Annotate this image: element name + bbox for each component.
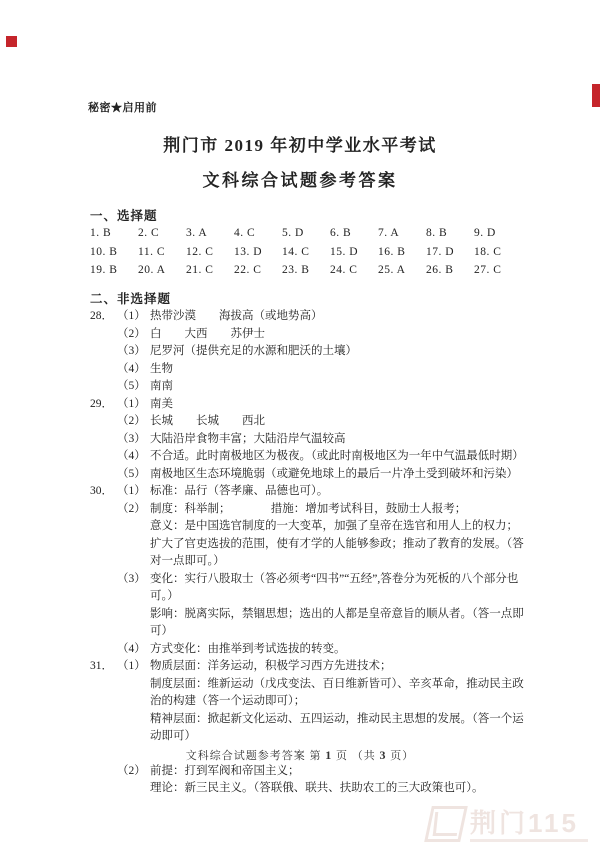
part-label: （2） (117, 413, 150, 431)
answer-text: 南美 (150, 396, 528, 414)
part-label: （4） (117, 448, 150, 466)
part-label: （1） (117, 658, 150, 676)
choice-answer: 16. B (378, 243, 426, 262)
answer-row: （5）南南 (90, 378, 528, 396)
section-nonchoice-heading: 二、非选择题 (90, 289, 171, 307)
footer-total-number: 3 (380, 748, 387, 762)
choice-answers-grid: 1. B2. C3. A4. C5. D6. B7. A8. B9. D10. … (90, 224, 522, 280)
part-label: （5） (117, 378, 150, 396)
answer-row: 30．（1）标准：品行（答孝廉、品德也可）。 (90, 483, 528, 501)
footer-total-post: 页） (390, 750, 414, 762)
question-number: 30． (90, 483, 117, 501)
answer-row: 28．（1）热带沙漠 海拔高（或地势高） (90, 308, 528, 326)
answer-line: 理论：新三民主义。（答联俄、联共、扶助农工的三大政策也可）。 (150, 780, 528, 798)
classification-label: 秘密★启用前 (88, 99, 157, 115)
answer-text: 南极地区生态环境脆弱（或避免地球上的最后一片净土受到破坏和污染） (150, 466, 528, 484)
red-corner-mark (6, 36, 17, 47)
answer-line: 不合适。此时南极地区为极夜。（或此时南极地区为一年中气温最低时期） (150, 448, 528, 466)
answer-line: 热带沙漠 海拔高（或地势高） (150, 308, 528, 326)
choice-answer: 7. A (378, 224, 426, 243)
answer-row: （2）白 大西 苏伊士 (90, 326, 528, 344)
exam-title: 荆门市 2019 年初中学业水平考试 (0, 131, 600, 156)
choice-answer: 26. B (426, 261, 474, 280)
answer-line: 影响：脱离实际，禁锢思想；选出的人都是皇帝意旨的顺从者。（答一点即可） (150, 606, 528, 641)
part-label: （2） (117, 326, 150, 344)
answer-text: 白 大西 苏伊士 (150, 326, 528, 344)
choice-answer: 18. C (474, 243, 522, 262)
question-number: 28． (90, 308, 117, 326)
choice-answer: 20. A (138, 261, 186, 280)
answer-line: 生物 (150, 361, 528, 379)
answer-line: 白 大西 苏伊士 (150, 326, 528, 344)
answer-key-title: 文科综合试题参考答案 (0, 166, 600, 191)
choice-answer: 22. C (234, 261, 282, 280)
part-label: （2） (117, 501, 150, 519)
choice-answer: 3. A (186, 224, 234, 243)
part-label: （5） (117, 466, 150, 484)
answer-text: 热带沙漠 海拔高（或地势高） (150, 308, 528, 326)
answer-row: （4）方式变化：由推举到考试选拔的转变。 (90, 641, 528, 659)
answer-line: 尼罗河（提供充足的水源和肥沃的土壤） (150, 343, 528, 361)
answer-line: 长城 长城 西北 (150, 413, 528, 431)
answer-text: 制度：科举制； 措施：增加考试科目，鼓励士人报考；意义：是中国选官制度的一大变革… (150, 501, 528, 571)
part-label: （1） (117, 483, 150, 501)
red-edge-mark (592, 84, 600, 107)
answer-row: （4）生物 (90, 361, 528, 379)
answer-text: 标准：品行（答孝廉、品德也可）。 (150, 483, 528, 501)
answer-line: 前提：打到军阀和帝国主义； (150, 763, 528, 781)
answer-text: 方式变化：由推举到考试选拔的转变。 (150, 641, 528, 659)
answer-row: 31．（1）物质层面：洋务运动，积极学习西方先进技术；制度层面：维新运动（戊戌变… (90, 658, 528, 746)
answer-line: 南极地区生态环境脆弱（或避免地球上的最后一片净土受到破坏和污染） (150, 466, 528, 484)
answer-line: 变化：实行八股取士（答必须考“四书”“五经”,答卷分为死板的八个部分也可。） (150, 571, 528, 606)
choice-answer: 17. D (426, 243, 474, 262)
answer-line: 方式变化：由推举到考试选拔的转变。 (150, 641, 528, 659)
answer-text: 尼罗河（提供充足的水源和肥沃的土壤） (150, 343, 528, 361)
answer-row: （2）前提：打到军阀和帝国主义；理论：新三民主义。（答联俄、联共、扶助农工的三大… (90, 763, 528, 798)
answer-row: （4）不合适。此时南极地区为极夜。（或此时南极地区为一年中气温最低时期） (90, 448, 528, 466)
footer-page-number: 1 (325, 748, 332, 762)
answer-row: （3）尼罗河（提供充足的水源和肥沃的土壤） (90, 343, 528, 361)
choice-answer: 24. C (330, 261, 378, 280)
watermark-logo-icon (424, 806, 468, 842)
answer-row: （2）制度：科举制； 措施：增加考试科目，鼓励士人报考；意义：是中国选官制度的一… (90, 501, 528, 571)
watermark-text: 荆门115 (470, 810, 579, 836)
section-choice-heading: 一、选择题 (90, 206, 158, 224)
answer-text: 前提：打到军阀和帝国主义；理论：新三民主义。（答联俄、联共、扶助农工的三大政策也… (150, 763, 528, 798)
footer-total-pre: （共 (352, 750, 376, 762)
part-label: （3） (117, 571, 150, 589)
answer-row: （2）长城 长城 西北 (90, 413, 528, 431)
answer-text: 南南 (150, 378, 528, 396)
choice-answer: 2. C (138, 224, 186, 243)
watermark-subline (470, 839, 588, 842)
choice-answer: 1. B (90, 224, 138, 243)
footer-page-pre: 第 (310, 750, 322, 762)
part-label: （3） (117, 343, 150, 361)
answer-line: 大陆沿岸食物丰富；大陆沿岸气温较高 (150, 431, 528, 449)
choice-answer: 4. C (234, 224, 282, 243)
choice-answer: 8. B (426, 224, 474, 243)
question-number: 31． (90, 658, 117, 676)
choice-answer: 27. C (474, 261, 522, 280)
page-footer: 文科综合试题参考答案 第 1 页 （共 3 页） (0, 747, 600, 763)
answer-line: 南美 (150, 396, 528, 414)
choice-answer: 19. B (90, 261, 138, 280)
answer-row: （5）南极地区生态环境脆弱（或避免地球上的最后一片净土受到破坏和污染） (90, 466, 528, 484)
answer-text: 生物 (150, 361, 528, 379)
part-label: （1） (117, 396, 150, 414)
part-label: （1） (117, 308, 150, 326)
watermark: 荆门115 (428, 806, 588, 842)
answer-text: 长城 长城 西北 (150, 413, 528, 431)
nonchoice-answers: 28．（1）热带沙漠 海拔高（或地势高）（2）白 大西 苏伊士（3）尼罗河（提供… (90, 308, 528, 798)
answer-line: 意义：是中国选官制度的一大变革，加强了皇帝在选官和用人上的权力；扩大了官吏选拔的… (150, 518, 528, 571)
choice-answer: 15. D (330, 243, 378, 262)
footer-doc-label: 文科综合试题参考答案 (186, 750, 306, 762)
part-label: （2） (117, 763, 150, 781)
choice-answer: 6. B (330, 224, 378, 243)
answer-line: 标准：品行（答孝廉、品德也可）。 (150, 483, 528, 501)
choice-answer: 12. C (186, 243, 234, 262)
question-number: 29． (90, 396, 117, 414)
answer-text: 变化：实行八股取士（答必须考“四书”“五经”,答卷分为死板的八个部分也可。）影响… (150, 571, 528, 641)
choice-answer: 10. B (90, 243, 138, 262)
part-label: （4） (117, 361, 150, 379)
answer-text: 大陆沿岸食物丰富；大陆沿岸气温较高 (150, 431, 528, 449)
answer-line: 制度：科举制； 措施：增加考试科目，鼓励士人报考； (150, 501, 528, 519)
choice-answer: 11. C (138, 243, 186, 262)
answer-text: 不合适。此时南极地区为极夜。（或此时南极地区为一年中气温最低时期） (150, 448, 528, 466)
choice-answer: 13. D (234, 243, 282, 262)
answer-line: 精神层面：掀起新文化运动、五四运动，推动民主思想的发展。（答一个运动即可） (150, 711, 528, 746)
part-label: （4） (117, 641, 150, 659)
choice-answer: 9. D (474, 224, 522, 243)
choice-answer: 14. C (282, 243, 330, 262)
answer-row: （3）大陆沿岸食物丰富；大陆沿岸气温较高 (90, 431, 528, 449)
answer-row: 29．（1）南美 (90, 396, 528, 414)
answer-text: 物质层面：洋务运动，积极学习西方先进技术；制度层面：维新运动（戊戌变法、百日维新… (150, 658, 528, 746)
answer-line: 物质层面：洋务运动，积极学习西方先进技术； (150, 658, 528, 676)
answer-row: （3）变化：实行八股取士（答必须考“四书”“五经”,答卷分为死板的八个部分也可。… (90, 571, 528, 641)
footer-page-post: 页 (336, 750, 348, 762)
choice-answer: 23. B (282, 261, 330, 280)
choice-answer: 25. A (378, 261, 426, 280)
answer-line: 制度层面：维新运动（戊戌变法、百日维新皆可）、辛亥革命，推动民主政治的构建（答一… (150, 676, 528, 711)
document-page: 秘密★启用前 荆门市 2019 年初中学业水平考试 文科综合试题参考答案 一、选… (0, 0, 600, 848)
choice-answer: 5. D (282, 224, 330, 243)
part-label: （3） (117, 431, 150, 449)
choice-answer: 21. C (186, 261, 234, 280)
answer-line: 南南 (150, 378, 528, 396)
